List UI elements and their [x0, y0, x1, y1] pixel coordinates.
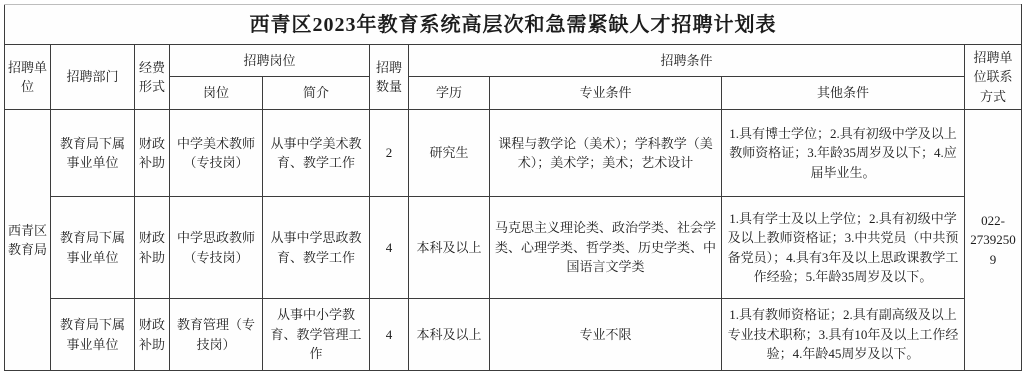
recruitment-plan-table: 西青区2023年教育系统高层次和急需紧缺人才招聘计划表 招聘单位 招聘部门 经费… [4, 4, 1022, 371]
cell-major: 专业不限 [490, 299, 722, 371]
cell-count: 4 [370, 299, 409, 371]
unit-cell: 西青区教育局 [5, 110, 51, 371]
cell-position: 中学美术教师（专技岗） [170, 110, 263, 197]
cell-funding: 财政补助 [135, 197, 170, 299]
header-contact: 招聘单位联系方式 [965, 45, 1022, 110]
cell-education: 本科及以上 [409, 299, 490, 371]
header-conditions-group: 招聘条件 [409, 45, 965, 77]
cell-department: 教育局下属事业单位 [51, 197, 135, 299]
cell-position: 中学思政教师（专技岗） [170, 197, 263, 299]
document-sheet: 西青区2023年教育系统高层次和急需紧缺人才招聘计划表 招聘单位 招聘部门 经费… [4, 4, 1022, 371]
header-other: 其他条件 [722, 77, 965, 110]
cell-department: 教育局下属事业单位 [51, 299, 135, 371]
cell-intro: 从事中学美术教育、教学工作 [263, 110, 370, 197]
cell-intro: 从事中小学教育、教学管理工作 [263, 299, 370, 371]
header-education: 学历 [409, 77, 490, 110]
header-position-group: 招聘岗位 [170, 45, 370, 77]
cell-funding: 财政补助 [135, 110, 170, 197]
cell-funding: 财政补助 [135, 299, 170, 371]
header-count: 招聘数量 [370, 45, 409, 110]
cell-count: 4 [370, 197, 409, 299]
cell-intro: 从事中学思政教育、教学工作 [263, 197, 370, 299]
header-position: 岗位 [170, 77, 263, 110]
title-row: 西青区2023年教育系统高层次和急需紧缺人才招聘计划表 [5, 5, 1022, 45]
header-intro: 简介 [263, 77, 370, 110]
cell-count: 2 [370, 110, 409, 197]
table-row: 西青区教育局 教育局下属事业单位 财政补助 中学美术教师（专技岗） 从事中学美术… [5, 110, 1022, 197]
cell-major: 马克思主义理论类、政治学类、社会学类、心理学类、哲学类、历史学类、中国语言文学类 [490, 197, 722, 299]
header-funding: 经费形式 [135, 45, 170, 110]
cell-major: 课程与教学论（美术）；学科教学（美术）；美术学；美术；艺术设计 [490, 110, 722, 197]
header-row-1: 招聘单位 招聘部门 经费形式 招聘岗位 招聘数量 招聘条件 招聘单位联系方式 [5, 45, 1022, 77]
header-unit: 招聘单位 [5, 45, 51, 110]
header-department: 招聘部门 [51, 45, 135, 110]
header-major: 专业条件 [490, 77, 722, 110]
cell-department: 教育局下属事业单位 [51, 110, 135, 197]
cell-other: 1.具有学士及以上学位；2.具有初级中学及以上教师资格证；3.中共党员（中共预备… [722, 197, 965, 299]
cell-other: 1.具有教师资格证；2.具有副高级及以上专业技术职称；3.具有10年及以上工作经… [722, 299, 965, 371]
cell-position: 教育管理（专技岗） [170, 299, 263, 371]
cell-other: 1.具有博士学位；2.具有初级中学及以上教师资格证；3.年龄35周岁及以下；4.… [722, 110, 965, 197]
table-row: 教育局下属事业单位 财政补助 教育管理（专技岗） 从事中小学教育、教学管理工作 … [5, 299, 1022, 371]
table-title: 西青区2023年教育系统高层次和急需紧缺人才招聘计划表 [5, 5, 1022, 45]
table-row: 教育局下属事业单位 财政补助 中学思政教师（专技岗） 从事中学思政教育、教学工作… [5, 197, 1022, 299]
contact-cell: 022-27392509 [965, 110, 1022, 371]
cell-education: 研究生 [409, 110, 490, 197]
cell-education: 本科及以上 [409, 197, 490, 299]
